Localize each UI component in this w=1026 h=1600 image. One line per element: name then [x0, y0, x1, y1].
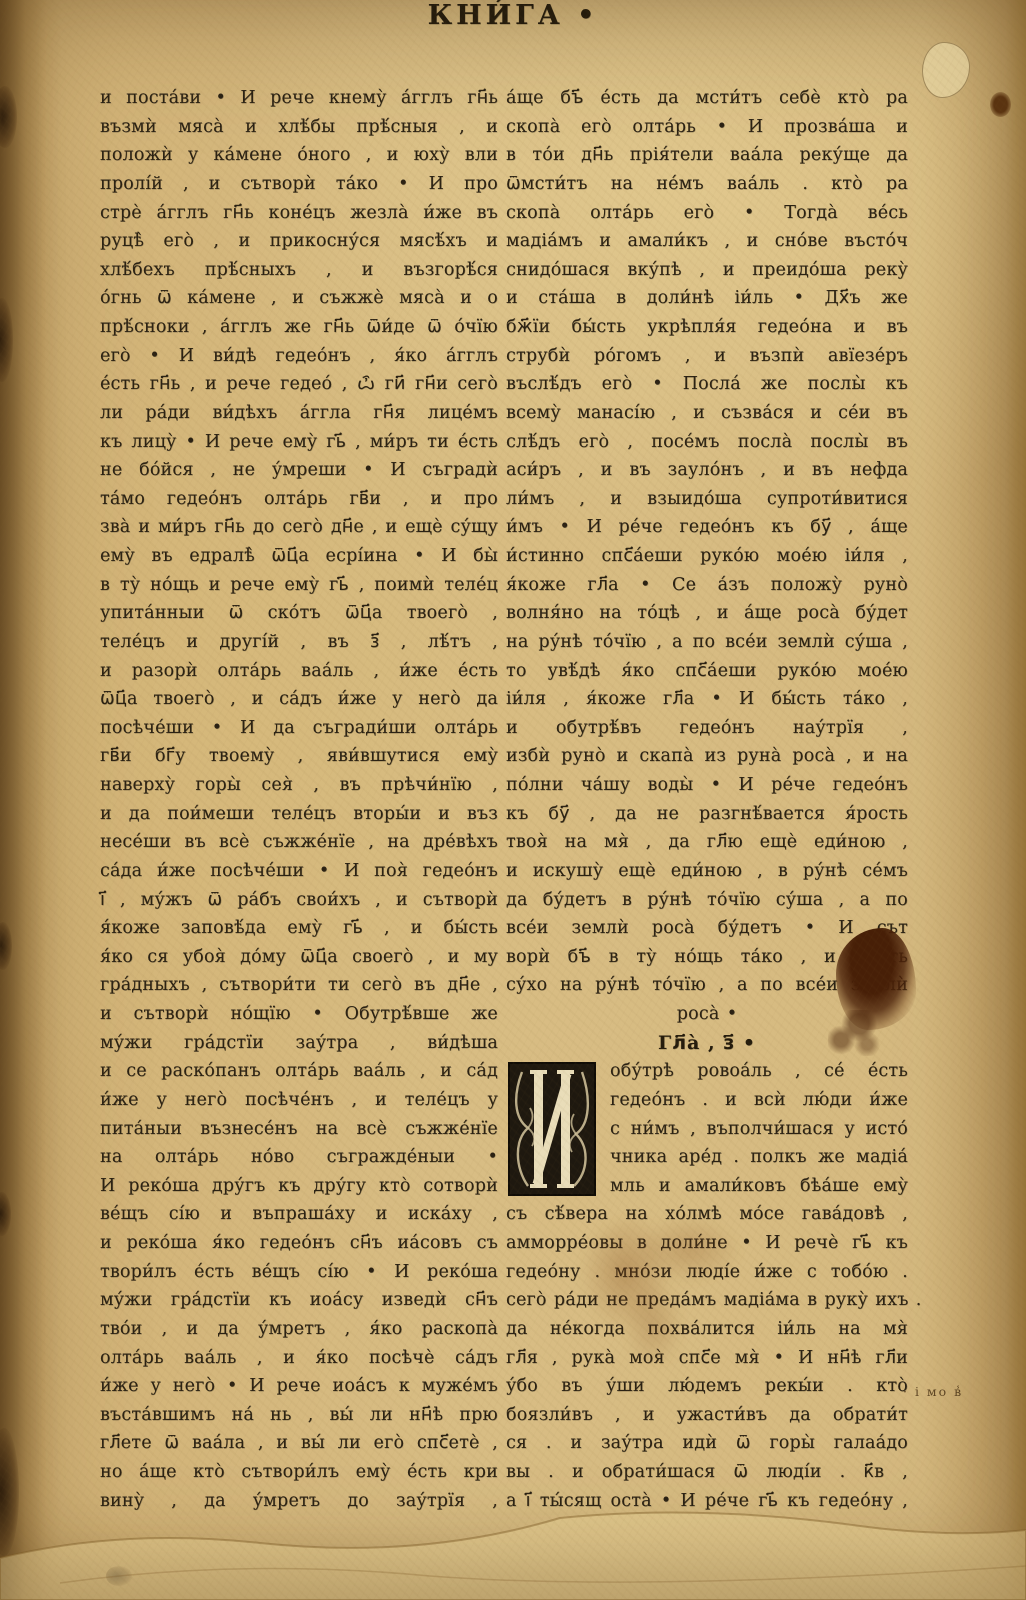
- text-line: у́бо въ у́ши лю́демъ рекы́и . кто̀: [506, 1372, 908, 1401]
- text-line: и́же у него̀ • И рече иоа́съ к муже́мъ: [100, 1372, 498, 1401]
- text-line: боязли́въ , и ужасти́въ да обрати́т: [506, 1401, 908, 1430]
- text-line: хлѣ́бехъ прѣ́сныхъ , и възгорѣ́ся: [100, 256, 498, 285]
- text-line: все́и землѝ роса̀ бу́детъ • И сът: [506, 914, 908, 943]
- marginal-handwritten-note: · і мо в̾: [903, 1384, 963, 1399]
- text-line: ѿмсти́тъ на не́мъ ваа́ль . кто̀ ра: [506, 170, 908, 199]
- text-line: су́хо на ру́нѣ то́чїю , а по все́и землѝ: [506, 971, 908, 1000]
- text-line: ся . и зау́тра идѝ ѿ горы̀ галаа́до: [506, 1429, 908, 1458]
- text-line: а і҃ ты́сящ оста̀ • И ре́че гь҃ къ гедео…: [506, 1487, 908, 1516]
- text-line: пролі́й , и сътворѝ та́ко • И про: [100, 170, 498, 199]
- text-line: гл҃ете ѿ ваа́ла , и вы́ ли его̀ спс҃етѐ …: [100, 1429, 498, 1458]
- text-line: теле́цъ и другі́й , въ з҃ , лѣ́тъ ,: [100, 628, 498, 657]
- text-line: гл҃я , рука̀ моя̀ спс҃е мя̀ • И нн҃ѣ гл҃…: [506, 1344, 908, 1373]
- chapter-lines-full-width: съ сѣ́вера на хо́лмѣ мо́се гава́довѣ ,ам…: [506, 1200, 908, 1515]
- text-line: ли́мъ , и взыидо́ша супроти́витися: [506, 485, 908, 514]
- text-line: я́ко ся убоя̀ до́му ѿц҃а своего̀ , и му: [100, 943, 498, 972]
- text-line: и́стинно спс҃а́еши руко́ю мое́ю іи́ля ,: [506, 542, 908, 571]
- text-line: не бо́йся , не у́мреши • И съградѝ: [100, 456, 498, 485]
- text-line: ѿц҃а твоего̀ , и са́дъ и́же у него̀ да: [100, 685, 498, 714]
- text-line: мадіа́мъ и амали́къ , и сно́ве въсто́ч: [506, 227, 908, 256]
- paragraph-end-line: роса̀ •: [506, 1000, 908, 1029]
- edge-wear-spot: [0, 1192, 11, 1236]
- text-line: съ сѣ́вера на хо́лмѣ мо́се гава́довѣ ,: [506, 1200, 908, 1229]
- text-line: гра́дныхъ , сътвори́ти ти сего̀ въ дн҃е …: [100, 971, 498, 1000]
- text-line: твори́лъ е́сть ве́щъ сі́ю • И реко́ша: [100, 1258, 498, 1287]
- text-line: да бу́детъ в ру́нѣ то́чїю су́ша , а по: [506, 886, 908, 915]
- chapter-lines-beside-initial: обу́трѣ ровоа́ль , се́ е́стьгедео́нъ . и…: [610, 1057, 908, 1200]
- ornate-initial-letter-I: [508, 1062, 596, 1196]
- page-gutter-shadow: [0, 0, 46, 1600]
- text-line: ему̀ въ едралѣ̀ ѿц҃а есрі́ина • И бы̀: [100, 542, 498, 571]
- text-line: в то́и дн҃ь прія́тели ваа́ла реку́ще да: [506, 141, 908, 170]
- text-line: и поста́ви • И рече кнему̀ а́гглъ гн҃ь: [100, 84, 498, 113]
- chapter-heading: Гл҃а̀ , з҃ •: [506, 1029, 908, 1058]
- text-line: ве́щъ сі́ю и въпраша́ху и иска́ху ,: [100, 1200, 498, 1229]
- woodcut-initial-icon: [508, 1062, 596, 1196]
- text-line: му́жи гра́дстїи къ иоа́су изведѝ сн҃ъ: [100, 1286, 498, 1315]
- text-line: несе́ши въ всѐ съжже́нїе , на дре́вѣхъ: [100, 828, 498, 857]
- text-line: но а́ще кто̀ сътвори́лъ ему̀ е́сть кри: [100, 1458, 498, 1487]
- chapter-7-block: обу́трѣ ровоа́ль , се́ е́стьгедео́нъ . и…: [506, 1057, 908, 1515]
- text-line: наверху̀ горы̀ сея̀ , въ прѣчи́нїю ,: [100, 771, 498, 800]
- edge-wear-spot: [0, 1428, 19, 1556]
- text-line: гедео́нъ . и всѝ лю́ди и́же: [610, 1086, 908, 1115]
- text-line: то увѣ́дѣ я́ко спс҃а́еши руко́ю мое́ю: [506, 657, 908, 686]
- text-line: олта́рь ваа́ль , и я́ко посѣчѐ са́дъ: [100, 1344, 498, 1373]
- text-line: възмѝ мяса̀ и хлѣ́бы прѣ́сныя , и: [100, 113, 498, 142]
- text-line: струбѝ ро́гомъ , и възпѝ авїезе́ръ: [506, 342, 908, 371]
- text-line: избѝ руно̀ и скапа̀ из руна̀ роса̀ , и н…: [506, 742, 908, 771]
- text-line: о́гнь ѿ ка́мене , и съжжѐ мяса̀ и о: [100, 284, 498, 313]
- text-line: е́сть гн҃ь , и рече гедео́ , ѽ ги҃ гн҃и …: [100, 370, 498, 399]
- book-page: КНИ́ГА • и поста́ви • И рече кнему̀ а́гг…: [0, 0, 1026, 1600]
- text-line: всему̀ манасі́ю , и съзва́ся и се́и въ: [506, 399, 908, 428]
- text-line: аси́ръ , и въ зауло́нъ , и въ нефда: [506, 456, 908, 485]
- text-line: да не́когда похва́лится іи́ль на мя̀: [506, 1315, 908, 1344]
- text-line: твоя̀ на мя̀ , да гл҃ю ещѐ еди́ною ,: [506, 828, 908, 857]
- text-line: снидо́шася вку́пѣ , и преидо́ша реку̀: [506, 256, 908, 285]
- text-line: та́мо гедео́нъ олта́рь гв҃и , и про: [100, 485, 498, 514]
- text-line: прѣ́сноки , а́гглъ же гн҃ь ѿи́де ѿ о́чїю: [100, 313, 498, 342]
- edge-wear-spot: [0, 922, 12, 970]
- text-line: къ бу҃ , да не разгнѣ́вается я́рость: [506, 800, 908, 829]
- running-title: КНИ́ГА •: [0, 0, 1026, 31]
- text-line: руцѣ̀ его̀ , и прикосну́ся мясѣ́хъ и: [100, 227, 498, 256]
- text-line: и да пои́меши теле́цъ вторы́и и въз: [100, 800, 498, 829]
- corner-dark-spot: [990, 92, 1011, 117]
- text-line: скопа̀ олта́рь его̀ • Тогда̀ ве́сь: [506, 199, 908, 228]
- text-line: положѝ у ка́мене о́ного , и юху̀ вли: [100, 141, 498, 170]
- text-line: мль и амали́ковъ бѣа́ше ему̀: [610, 1172, 908, 1201]
- text-line: в ту̀ но́щь и рече ему̀ гь҃ , поимѝ теле…: [100, 571, 498, 600]
- text-line: бж҃їи бы́сть укрѣпля́я гедео́на и въ: [506, 313, 908, 342]
- text-line: и́мъ • И ре́че гедео́нъ къ бу҃ , а́ще: [506, 513, 908, 542]
- text-line: му́жи гра́дстїи зау́тра , ви́дѣша: [100, 1029, 498, 1058]
- text-line: іи́ля , я́коже гл҃а • И бы́сть та́ко ,: [506, 685, 908, 714]
- text-line: вы . и обрати́шася ѿ люді́и . к҃в ,: [506, 1458, 908, 1487]
- text-line: гв҃и бг҃у твоему̀ , яви́вшутися ему̀: [100, 742, 498, 771]
- text-line: и ста́ша в доли́нѣ іи́ль • Дх҃ъ же: [506, 284, 908, 313]
- text-line: въста́вшимъ на́ нь , вы́ ли нн҃ѣ прю: [100, 1401, 498, 1430]
- text-line: на ру́нѣ то́чїю , а по все́и землѝ су́ша…: [506, 628, 908, 657]
- text-line: и разорѝ олта́рь ваа́ль , и́же е́сть: [100, 657, 498, 686]
- text-line: и се раско́панъ олта́рь ваа́ль , и са́д: [100, 1057, 498, 1086]
- text-line: и́же у него̀ посѣче́нъ , и теле́цъ у: [100, 1086, 498, 1115]
- text-line: тво́и , и да у́мретъ , я́ко раскопа̀: [100, 1315, 498, 1344]
- text-line: и сътворѝ но́щїю • Обутрѣ́вше же: [100, 1000, 498, 1029]
- text-line: і҃ , му́жъ ѿ ра́бъ свои́хъ , и сътворѝ: [100, 886, 498, 915]
- paper-flaw-outline: [922, 42, 970, 98]
- text-line: и искушу̀ ещѐ еди́ною , в ру́нѣ се́мъ: [506, 857, 908, 886]
- text-line: его̀ • И ви́дѣ гедео́нъ , я́ко а́гглъ: [100, 342, 498, 371]
- text-line: посѣче́ши • И да съгради́ши олта́рь: [100, 714, 498, 743]
- text-line: я́коже гл҃а • Се а́зъ положу̀ руно̀: [506, 571, 908, 600]
- text-line: въслѣ́дъ его̀ • Посла́ же послы̀ къ: [506, 370, 908, 399]
- text-line: слѣ́дъ его̀ , посе́мъ посла̀ послы̀ въ: [506, 428, 908, 457]
- text-line: ли ра́ди ви́дѣхъ а́ггла гн҃я лице́мъ: [100, 399, 498, 428]
- edge-wear-spot: [0, 298, 13, 382]
- edge-wear-spot: [0, 86, 17, 148]
- text-line: обу́трѣ ровоа́ль , се́ е́сть: [610, 1057, 908, 1086]
- text-line: И реко́ша дру́гъ къ дру́гу кто̀ сотворѝ: [100, 1172, 498, 1201]
- text-line: са́да и́же посѣче́ши • И поя̀ гедео́нъ: [100, 857, 498, 886]
- left-text-column: и поста́ви • И рече кнему̀ а́гглъ гн҃ьвъ…: [100, 84, 498, 1515]
- text-line: с ни́мъ , въполчи́шася у исто́: [610, 1115, 908, 1144]
- text-line: сего̀ ра́ди не преда́мъ мадіа́ма в руку̀…: [506, 1286, 908, 1315]
- text-line: ворѝ бъ҃ в ту̀ но́щь та́ко , и бы́сть: [506, 943, 908, 972]
- text-line: и обутрѣ́въ гедео́нъ нау́трїя ,: [506, 714, 908, 743]
- edge-wear-spot: [106, 1566, 132, 1586]
- text-line: упита́нныи ѿ ско́тъ ѿц҃а твоего̀ ,: [100, 599, 498, 628]
- text-line: стрѐ а́гглъ гн҃ь коне́цъ жезла̀ и́же въ: [100, 199, 498, 228]
- text-line: амморре́овы в доли́не • И речѐ гь҃ къ: [506, 1229, 908, 1258]
- text-line: къ лицу̀ • И рече ему̀ гь҃ , ми́ръ ти е́…: [100, 428, 498, 457]
- text-line: а́ще бъ҃ е́сть да мсти́тъ себѐ кто̀ ра: [506, 84, 908, 113]
- text-line: зва̀ и ми́ръ гн҃ь до сего̀ дн҃е , и ещѐ …: [100, 513, 498, 542]
- text-line: гедео́ну . мно́зи люді́е и́же с тобо́ю .: [506, 1258, 908, 1287]
- right-text-column: а́ще бъ҃ е́сть да мсти́тъ себѐ кто̀ раск…: [506, 84, 908, 1515]
- text-line: волня́но на то́цѣ , и а́ще роса̀ бу́дет: [506, 599, 908, 628]
- text-line: на олта́рь но́во съгражде́ныи •: [100, 1143, 498, 1172]
- right-column-verse-lines: а́ще бъ҃ е́сть да мсти́тъ себѐ кто̀ раск…: [506, 84, 908, 1000]
- text-line: я́коже заповѣ́да ему̀ гь҃ , и бы́сть: [100, 914, 498, 943]
- text-line: по́лни ча́шу воды̀ • И ре́че гедео́нъ: [506, 771, 908, 800]
- text-line: и реко́ша я́ко гедео́нъ сн҃ъ иа́совъ съ: [100, 1229, 498, 1258]
- text-line: вину̀ , да у́мретъ до зау́трїя ,: [100, 1487, 498, 1516]
- text-line: скопа̀ его̀ олта́рь • И прозва́ша и: [506, 113, 908, 142]
- text-line: пита́ныи възнесе́нъ на всѐ съжже́нїе: [100, 1115, 498, 1144]
- text-line: чника аре́д . полкъ же мадіа́: [610, 1143, 908, 1172]
